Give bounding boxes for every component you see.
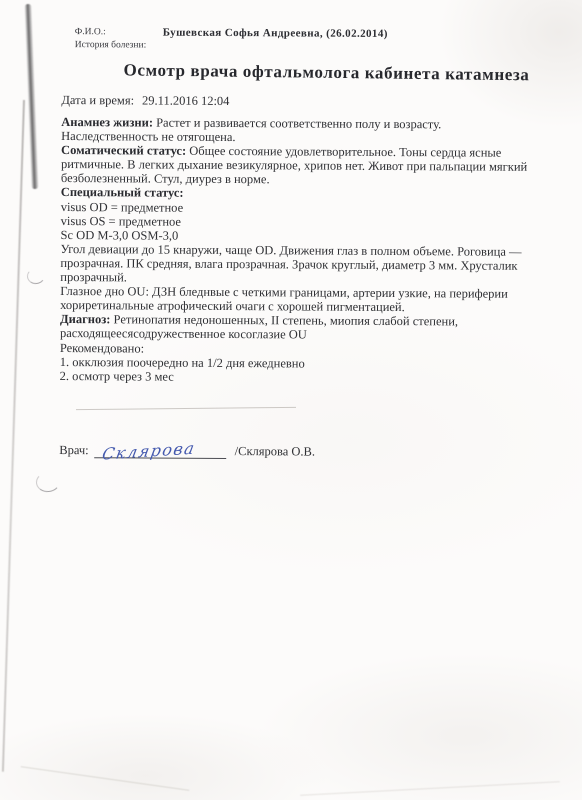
document-body: Анамнез жизни: Растет и развивается соот… — [60, 115, 532, 386]
scan-artifact-dark-streak — [24, 4, 38, 189]
signature-line: Склярова — [95, 437, 227, 459]
scanned-document-page: Ф.И.О.: Бушевская Софья Андреевна, (26.0… — [0, 0, 582, 800]
doctor-label: Врач: — [59, 443, 88, 458]
doctor-name: /Склярова О.В. — [235, 444, 315, 459]
datetime-label: Дата и время: — [61, 93, 134, 107]
scan-artifact-edge-line — [2, 100, 25, 772]
paragraph-fundus: Глазное дно OU: ДЗН бледнвые с четкими г… — [60, 284, 530, 315]
paragraph-anamnesis: Анамнез жизни: Растет и развивается соот… — [61, 115, 531, 146]
datetime-row: Дата и время:29.11.2016 12:04 — [61, 93, 531, 111]
handwritten-signature: Склярова — [101, 438, 198, 463]
fio-label: Ф.И.О.: — [62, 26, 163, 40]
paragraph-recommendation-2: 2. осмотр через 3 мес — [60, 369, 530, 386]
paragraph-deviation-angle: Угол девиации до 15 кнаружи, чаще OD. Дв… — [60, 242, 530, 287]
document-meta: Ф.И.О.: Бушевская Софья Андреевна, (26.0… — [62, 26, 532, 55]
datetime-value: 29.11.2016 12:04 — [142, 93, 229, 108]
patient-name: Бушевская Софья Андреевна, (26.02.2014) — [163, 27, 388, 41]
paragraph-somatic-status: Соматический статус: Общее состояние удо… — [61, 143, 531, 188]
paragraph-diagnosis: Диагноз: Ретинопатия недоношенных, II ст… — [60, 312, 530, 343]
signature-row: Врач: Склярова /Склярова О.В. — [59, 437, 529, 461]
scan-artifact-pen-mark — [35, 471, 61, 493]
document-title: Осмотр врача офтальмолога кабинета катам… — [61, 60, 531, 86]
document-content: Ф.И.О.: Бушевская Софья Андреевна, (26.0… — [59, 0, 532, 461]
scan-artifact-crease-line — [21, 766, 189, 791]
history-label: История болезни: — [62, 39, 163, 53]
scan-artifact-crease-line — [300, 781, 560, 796]
scan-artifact-pen-mark — [26, 267, 46, 285]
